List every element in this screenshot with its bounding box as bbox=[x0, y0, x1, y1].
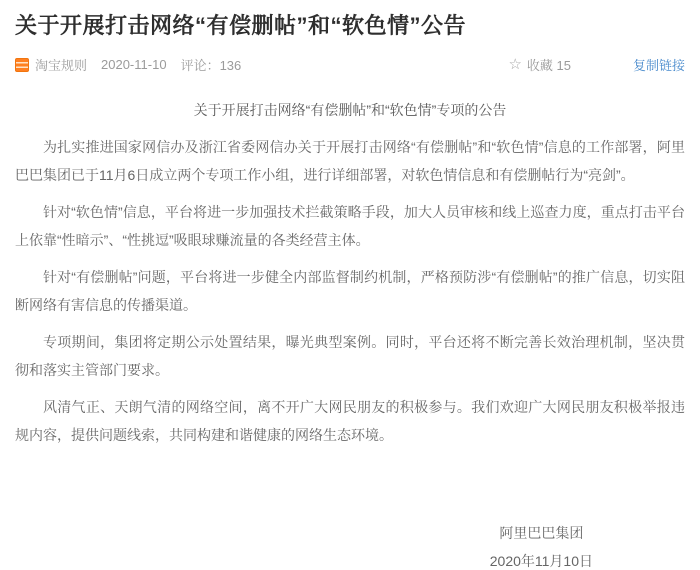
article-paragraph: 针对“有偿删帖”问题，平台将进一步健全内部监督制约机制，严格预防涉“有偿删帖”的… bbox=[15, 263, 685, 319]
signature-inner: 阿里巴巴集团 2020年11月10日 bbox=[490, 519, 593, 570]
source-label[interactable]: 淘宝规则 bbox=[35, 55, 87, 74]
article-body: 为扎实推进国家网信办及浙江省委网信办关于开展打击网络“有偿删帖”和“软色情”信息… bbox=[15, 133, 685, 449]
signature-org: 阿里巴巴集团 bbox=[490, 519, 593, 547]
announcement-page: 关于开展打击网络“有偿删帖”和“软色情”公告 淘宝规则 2020-11-10 评… bbox=[0, 0, 700, 570]
article-paragraph: 风清气正、天朗气清的网络空间，离不开广大网民朋友的积极参与。我们欢迎广大网民朋友… bbox=[15, 393, 685, 449]
meta-left: 淘宝规则 2020-11-10 评论：136 bbox=[15, 55, 241, 74]
article-paragraph: 为扎实推进国家网信办及浙江省委网信办关于开展打击网络“有偿删帖”和“软色情”信息… bbox=[15, 133, 685, 189]
publish-date: 2020-11-10 bbox=[101, 57, 167, 72]
favorite-label: 收藏 15 bbox=[527, 55, 571, 74]
page-title: 关于开展打击网络“有偿删帖”和“软色情”公告 bbox=[15, 0, 685, 39]
article-paragraph: 专项期间，集团将定期公示处置结果，曝光典型案例。同时，平台还将不断完善长效治理机… bbox=[15, 328, 685, 384]
article-paragraph: 针对“软色情”信息，平台将进一步加强技术拦截策略手段，加大人员审核和线上巡查力度… bbox=[15, 198, 685, 254]
signature-date: 2020年11月10日 bbox=[490, 547, 593, 570]
meta-right: ☆ 收藏 15 复制链接 bbox=[508, 55, 685, 74]
taobao-rules-icon bbox=[15, 58, 29, 72]
meta-row: 淘宝规则 2020-11-10 评论：136 ☆ 收藏 15 复制链接 bbox=[15, 55, 685, 74]
favorite-button[interactable]: ☆ 收藏 15 bbox=[508, 55, 571, 74]
copy-link-button[interactable]: 复制链接 bbox=[633, 55, 685, 74]
article-subtitle: 关于开展打击网络“有偿删帖”和“软色情”专项的公告 bbox=[15, 96, 685, 124]
comment-count: 评论：136 bbox=[181, 55, 242, 74]
signature-block: 阿里巴巴集团 2020年11月10日 bbox=[15, 519, 685, 570]
star-icon: ☆ bbox=[508, 57, 521, 72]
